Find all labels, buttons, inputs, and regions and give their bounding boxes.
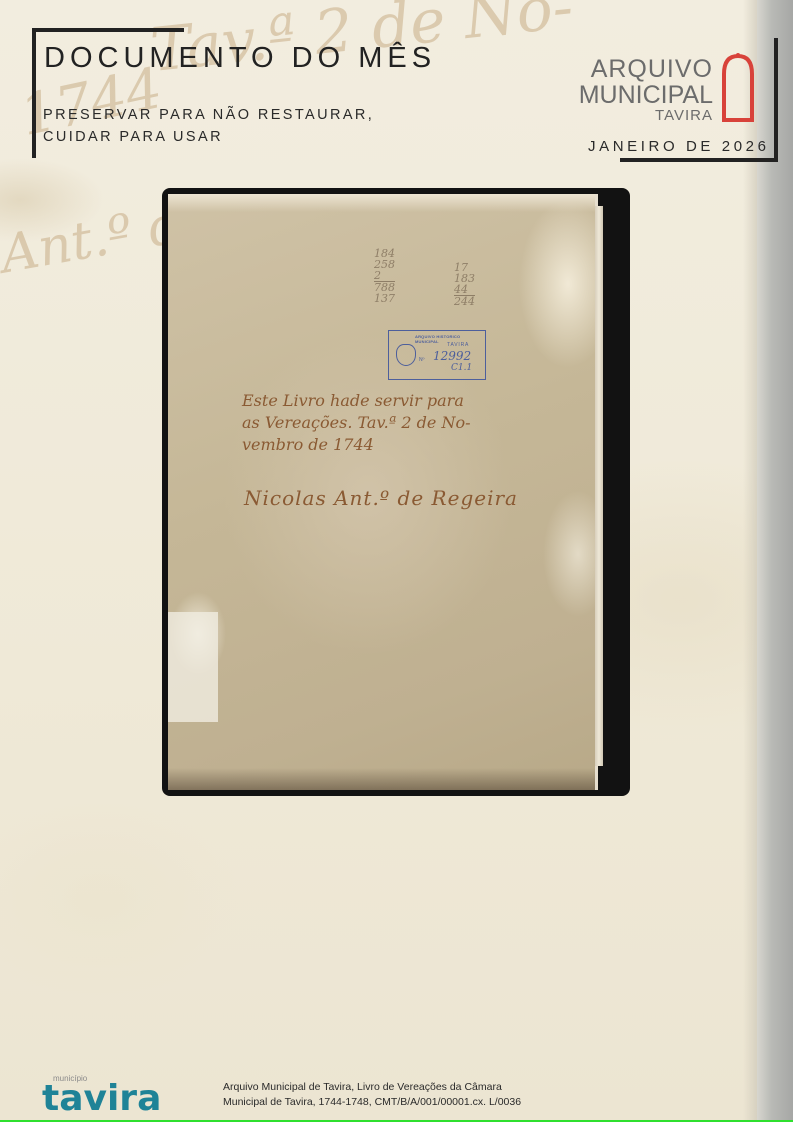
book-page-edges [595, 206, 603, 766]
calculation-left: 184 258 2 788 137 [374, 248, 395, 304]
corner-frame-horizontal [32, 28, 184, 32]
document-photo: 184 258 2 788 137 17 183 44 244 ARQUIVO … [162, 188, 630, 796]
subtitle-line-1: PRESERVAR PARA NÃO RESTAURAR, [43, 107, 374, 123]
arch-icon [721, 52, 755, 122]
logo-tavira-wordmark: tavira [42, 1078, 161, 1119]
handwritten-signature: Nicolas Ant.º de Regeira [244, 486, 518, 510]
inscription-line: Este Livro hade servir para [242, 390, 542, 412]
calc-value: 44 [454, 284, 475, 295]
calculation-right: 17 183 44 244 [454, 262, 475, 307]
issue-date: JANEIRO DE 2026 [588, 138, 770, 155]
torn-bottom-edge [168, 768, 595, 790]
stamp-code: C1.1 [451, 363, 472, 373]
page-subtitle: PRESERVAR PARA NÃO RESTAURAR, CUIDAR PAR… [43, 104, 374, 148]
logo-line-municipal: MUNICIPAL [579, 82, 713, 108]
stamp-number: 12992 [433, 349, 471, 363]
caption-line-2: Municipal de Tavira, 1744-1748, CMT/B/A/… [223, 1096, 521, 1108]
coat-of-arms-icon [396, 344, 416, 366]
stamp-city: TAVIRA [447, 342, 469, 348]
inscription-line: as Vereações. Tav.ª 2 de No- [242, 412, 542, 434]
logo-line-tavira: TAVIRA [579, 108, 713, 124]
stamp-number-label: Nº [419, 357, 424, 363]
corner-frame-vertical-right [774, 38, 778, 162]
archive-logo-text: ARQUIVO MUNICIPAL TAVIRA [579, 56, 713, 124]
calc-value: 244 [454, 295, 475, 307]
calc-value: 2 [374, 270, 395, 281]
subtitle-line-2: CUIDAR PARA USAR [43, 129, 223, 145]
inscription-line: vembro de 1744 [242, 434, 542, 456]
caption-line-1: Arquivo Municipal de Tavira, Livro de Ve… [223, 1081, 502, 1093]
corner-frame-vertical [32, 28, 36, 158]
archive-stamp: ARQUIVO HISTORICO MUNICIPAL TAVIRA Nº 12… [388, 330, 486, 380]
torn-top-edge [168, 194, 595, 212]
page-title: DOCUMENTO DO MÊS [44, 42, 436, 75]
corner-frame-horizontal-right [620, 158, 778, 162]
paper-fold-shadow [743, 0, 757, 1122]
paper-patch [168, 612, 218, 722]
torn-paper-edge [757, 0, 793, 1122]
logo-line-arquivo: ARQUIVO [579, 56, 713, 82]
calc-value: 137 [374, 293, 395, 304]
document-caption: Arquivo Municipal de Tavira, Livro de Ve… [223, 1080, 521, 1110]
handwritten-inscription: Este Livro hade servir para as Vereações… [242, 390, 542, 456]
